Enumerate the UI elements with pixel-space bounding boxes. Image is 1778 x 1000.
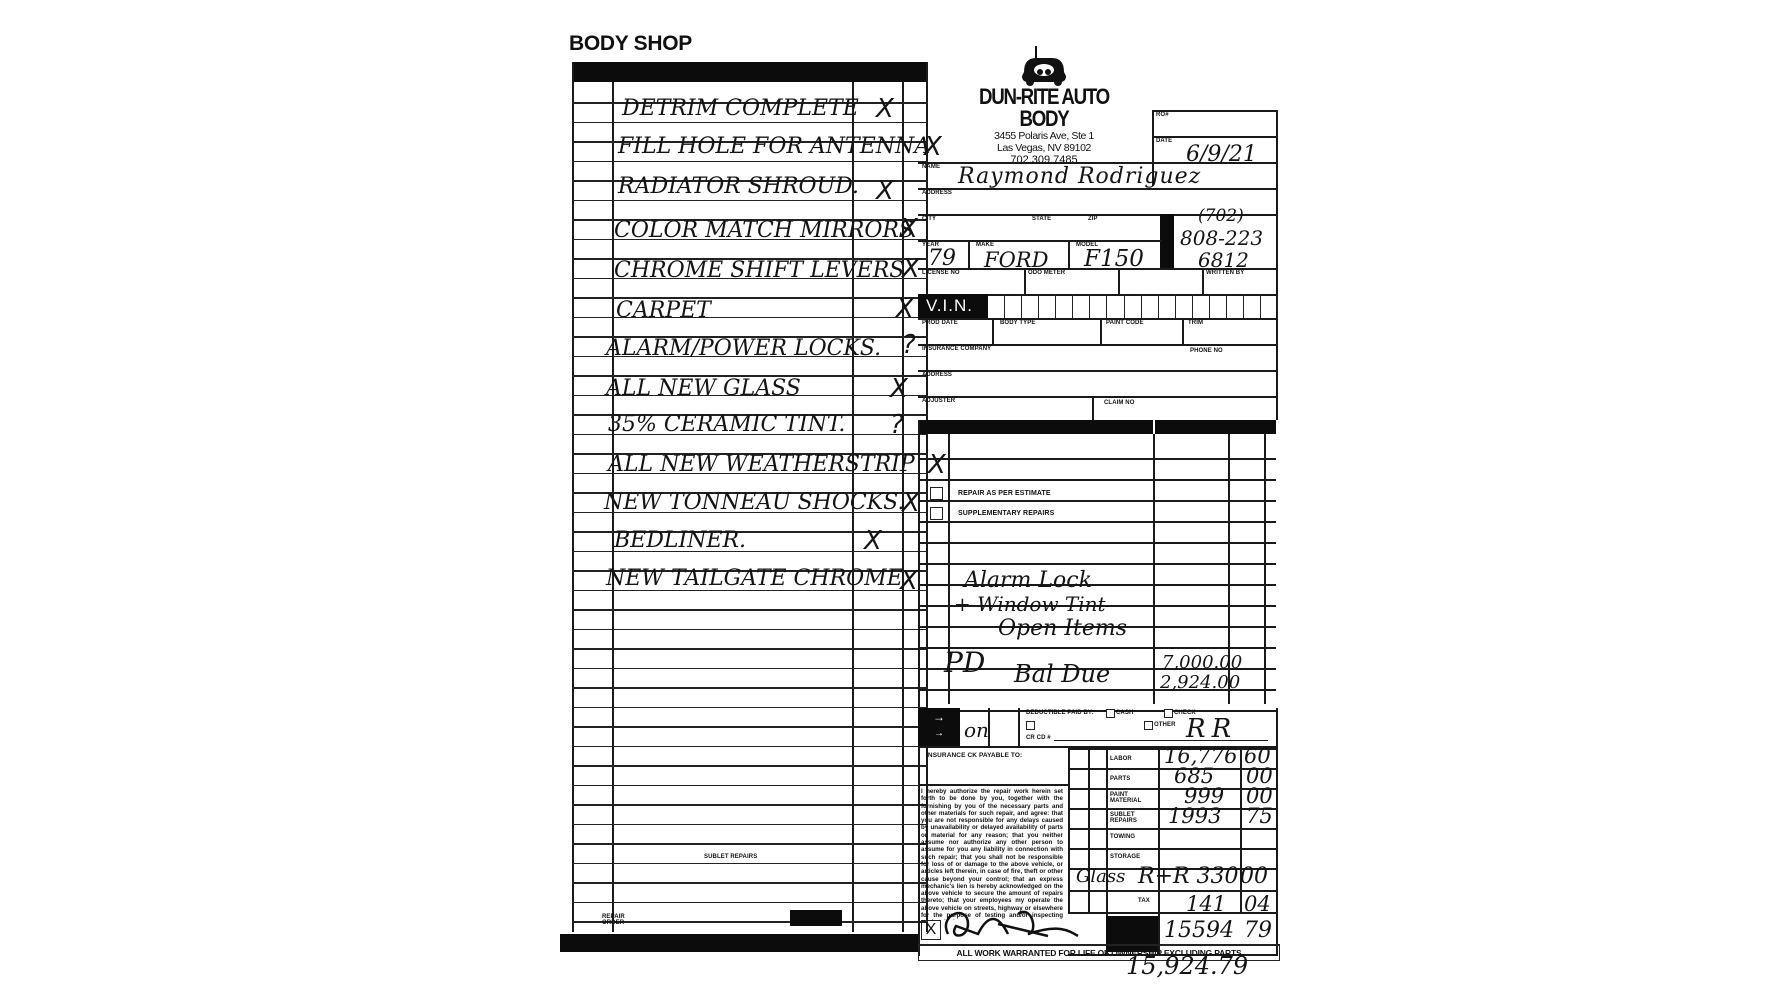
on-note: on	[964, 718, 989, 742]
list-item: RADIATOR SHROUD.	[618, 174, 859, 199]
phone-no-label: PHONE NO	[1190, 348, 1223, 354]
insurance-payable-label: INSURANCE CK PAYABLE TO:	[926, 752, 1022, 759]
customer-info-block: RO# DATE 6/9/21 NAME Raymond Rodriguez A…	[918, 110, 1278, 420]
customer-name[interactable]: Raymond Rodriguez	[958, 164, 1201, 189]
vin-box[interactable]	[1022, 294, 1039, 318]
vin-box[interactable]	[1176, 294, 1193, 318]
car-logo-icon	[1018, 46, 1070, 86]
row-line	[572, 785, 928, 787]
claim-no-label: CLAIM NO	[1104, 400, 1134, 406]
vin-box[interactable]	[1244, 294, 1261, 318]
body-type-label: BODY TYPE	[1000, 320, 1035, 326]
row-line	[572, 648, 928, 650]
cash-label: CASH	[1116, 710, 1133, 716]
estimate-block: REPAIR AS PER ESTIMATE SUPPLEMENTARY REP…	[918, 420, 1278, 720]
list-item: COLOR MATCH MIRRORS	[614, 218, 914, 243]
revised-total: 15,924.79	[1126, 952, 1248, 980]
row-line	[572, 882, 928, 884]
ro-label: RO#	[1156, 112, 1169, 118]
insurance-company-label: INSURANCE COMPANY	[922, 346, 991, 352]
arrow-icon: →	[918, 726, 960, 742]
other-label: OTHER	[1154, 722, 1176, 728]
authorization-text: I hereby authorize the repair work herei…	[921, 788, 1063, 920]
vin-box[interactable]	[1125, 294, 1142, 318]
glass-note: Glass	[1076, 866, 1125, 887]
list-item: NEW TAILGATE CHROME	[606, 566, 903, 591]
note-line-2: + Window Tint	[954, 592, 1106, 616]
address-label: ADDRESS	[922, 190, 952, 196]
row-line	[1068, 828, 1278, 830]
card-checkbox[interactable]	[1026, 721, 1035, 730]
arrow-icon: →	[918, 708, 960, 726]
row-line	[572, 765, 928, 767]
check-checkbox[interactable]	[1164, 709, 1173, 718]
row-line	[572, 122, 928, 124]
total-dollars: 15594	[1164, 918, 1234, 943]
row-line	[572, 609, 928, 611]
section-title: BODY SHOP	[569, 32, 692, 56]
city-label: CITY	[922, 216, 936, 222]
work-list-footer-bar	[560, 934, 920, 952]
license-label: LICENSE NO	[922, 270, 960, 276]
date-label: DATE	[1156, 138, 1172, 144]
vin-box[interactable]	[1210, 294, 1227, 318]
vin-box[interactable]	[988, 294, 1005, 318]
check-mark: X	[890, 374, 908, 404]
total-cents: 79	[1244, 918, 1272, 943]
vin-boxes[interactable]	[988, 294, 1278, 318]
sublet-cents: 75	[1246, 804, 1273, 828]
list-item: ALARM/POWER LOCKS.	[606, 336, 881, 361]
check-mark: X	[876, 94, 894, 124]
vin-box[interactable]	[1056, 294, 1073, 318]
vin-label: V.I.N.	[918, 294, 988, 316]
phone-area[interactable]: (702)	[1198, 206, 1244, 226]
check-mark: X	[900, 214, 918, 244]
note-line-1: Alarm Lock	[964, 568, 1092, 593]
row-line	[572, 629, 928, 631]
rr-dollars: R+R 330	[1138, 864, 1239, 889]
labor-label: LABOR	[1110, 756, 1132, 762]
pd-note: PD	[944, 646, 985, 679]
work-list-header-bar	[572, 62, 928, 82]
vin-label-block: V.I.N.	[918, 294, 988, 318]
cash-checkbox[interactable]	[1106, 709, 1115, 718]
insurance-address-label: ADDRESS	[922, 372, 952, 378]
tax-label: TAX	[1138, 898, 1150, 904]
check-mark: X	[876, 176, 894, 206]
vin-box[interactable]	[1005, 294, 1022, 318]
question-mark: ?	[890, 410, 904, 440]
row-line	[572, 746, 928, 748]
row-line	[918, 500, 1276, 502]
check-mark: X	[896, 294, 914, 324]
row-line	[572, 726, 928, 728]
list-item: CARPET	[616, 298, 711, 323]
odometer-label: ODO METER	[1028, 270, 1065, 276]
row-line	[572, 200, 928, 202]
deductible-label: DEDUCTIBLE PAID BY:	[1026, 710, 1094, 716]
supplementary-repairs-label: SUPPLEMENTARY REPAIRS	[958, 510, 1054, 517]
row-line	[572, 668, 928, 670]
list-item: CHROME SHIFT LEVERS	[614, 258, 904, 283]
adjuster-label: ADJUSTER	[922, 398, 955, 404]
sublet-repairs-total-label: SUBLET REPAIRS	[1110, 812, 1156, 824]
zip-label: ZIP	[1088, 216, 1098, 222]
question-mark: ?	[902, 330, 916, 360]
row-line	[572, 843, 928, 845]
row-line	[918, 521, 1276, 523]
cr-cd-label: CR CD #	[1026, 735, 1051, 741]
row-line	[1068, 848, 1278, 850]
totals-table: LABOR PARTS PAINT MATERIAL SUBLET REPAIR…	[1068, 748, 1278, 956]
storage-label: STORAGE	[1110, 854, 1140, 860]
list-item: FILL HOLE FOR ANTENNA	[618, 134, 930, 159]
estimate-header-bar	[918, 420, 1276, 434]
signature-scribble	[938, 904, 1088, 944]
row-line	[572, 161, 928, 163]
sublet-dollars: 1993	[1168, 804, 1221, 828]
towing-label: TOWING	[1110, 834, 1135, 840]
list-item: 35% CERAMIC TINT.	[608, 412, 845, 437]
phone-line1[interactable]: 808-223	[1180, 226, 1263, 250]
tax-dollars: 141	[1186, 892, 1226, 916]
bal-due-note: Bal Due	[1014, 660, 1110, 688]
vin-box[interactable]	[1090, 294, 1107, 318]
vin-box[interactable]	[1073, 294, 1090, 318]
list-item: DETRIM COMPLETE	[622, 96, 859, 121]
rr-cents: 00	[1240, 864, 1268, 889]
supplementary-repairs-checkbox[interactable]	[930, 507, 943, 520]
list-item: ALL NEW GLASS	[606, 376, 801, 401]
state-label: STATE	[1032, 216, 1051, 222]
row-line	[572, 707, 928, 709]
repair-order-label: REPAIR ORDER	[602, 914, 632, 926]
vin-box[interactable]	[1159, 294, 1176, 318]
row-line	[572, 902, 928, 904]
repair-as-per-estimate-label: REPAIR AS PER ESTIMATE	[958, 490, 1051, 497]
list-item: ALL NEW WEATHERSTRIP	[608, 452, 915, 477]
authorization-block: INSURANCE CK PAYABLE TO: I hereby author…	[918, 748, 1068, 956]
list-item: BEDLINER.	[614, 528, 746, 553]
arrow-block: → →	[918, 708, 960, 746]
row-line	[918, 563, 1276, 565]
vin-box[interactable]	[1107, 294, 1124, 318]
row-line	[918, 542, 1276, 544]
balance-due: 2,924.00	[1160, 672, 1240, 693]
row-line	[572, 687, 928, 689]
row-line	[918, 458, 1276, 460]
name-label: NAME	[922, 164, 940, 170]
vin-box[interactable]	[1227, 294, 1244, 318]
sublet-repairs-label: SUBLET REPAIRS	[704, 854, 757, 860]
note-line-3: Open Items	[998, 616, 1127, 641]
paid-amount: 7,000.00	[1162, 652, 1242, 673]
vin-box[interactable]	[1142, 294, 1159, 318]
other-checkbox[interactable]	[1144, 721, 1153, 730]
paint-material-label: PAINT MATERIAL	[1110, 792, 1156, 804]
vin-box[interactable]	[1193, 294, 1210, 318]
paint-code-label: PAINT CODE	[1106, 320, 1144, 326]
row-line	[572, 804, 928, 806]
tax-cents: 04	[1244, 892, 1271, 916]
row-line	[572, 863, 928, 865]
trim-label: TRIM	[1188, 320, 1203, 326]
row-line	[918, 479, 1276, 481]
parts-label: PARTS	[1110, 776, 1130, 782]
vin-box[interactable]	[1261, 294, 1278, 318]
prod-date-label: PROD DATE	[922, 320, 958, 326]
check-mark: X	[900, 566, 918, 596]
repair-as-per-estimate-checkbox[interactable]	[930, 487, 943, 500]
written-by-label: WRITTEN BY	[1206, 270, 1244, 276]
row-line	[572, 824, 928, 826]
initials: RR	[1186, 714, 1237, 744]
list-item: NEW TONNEAU SHOCKS.	[604, 490, 904, 515]
vin-box[interactable]	[1039, 294, 1056, 318]
check-mark: X	[864, 526, 882, 556]
repair-order-block	[790, 910, 842, 926]
deductible-row: → → on DEDUCTIBLE PAID BY: CASH CHECK OT…	[918, 708, 1278, 748]
phone-divider-bar	[1160, 214, 1174, 268]
